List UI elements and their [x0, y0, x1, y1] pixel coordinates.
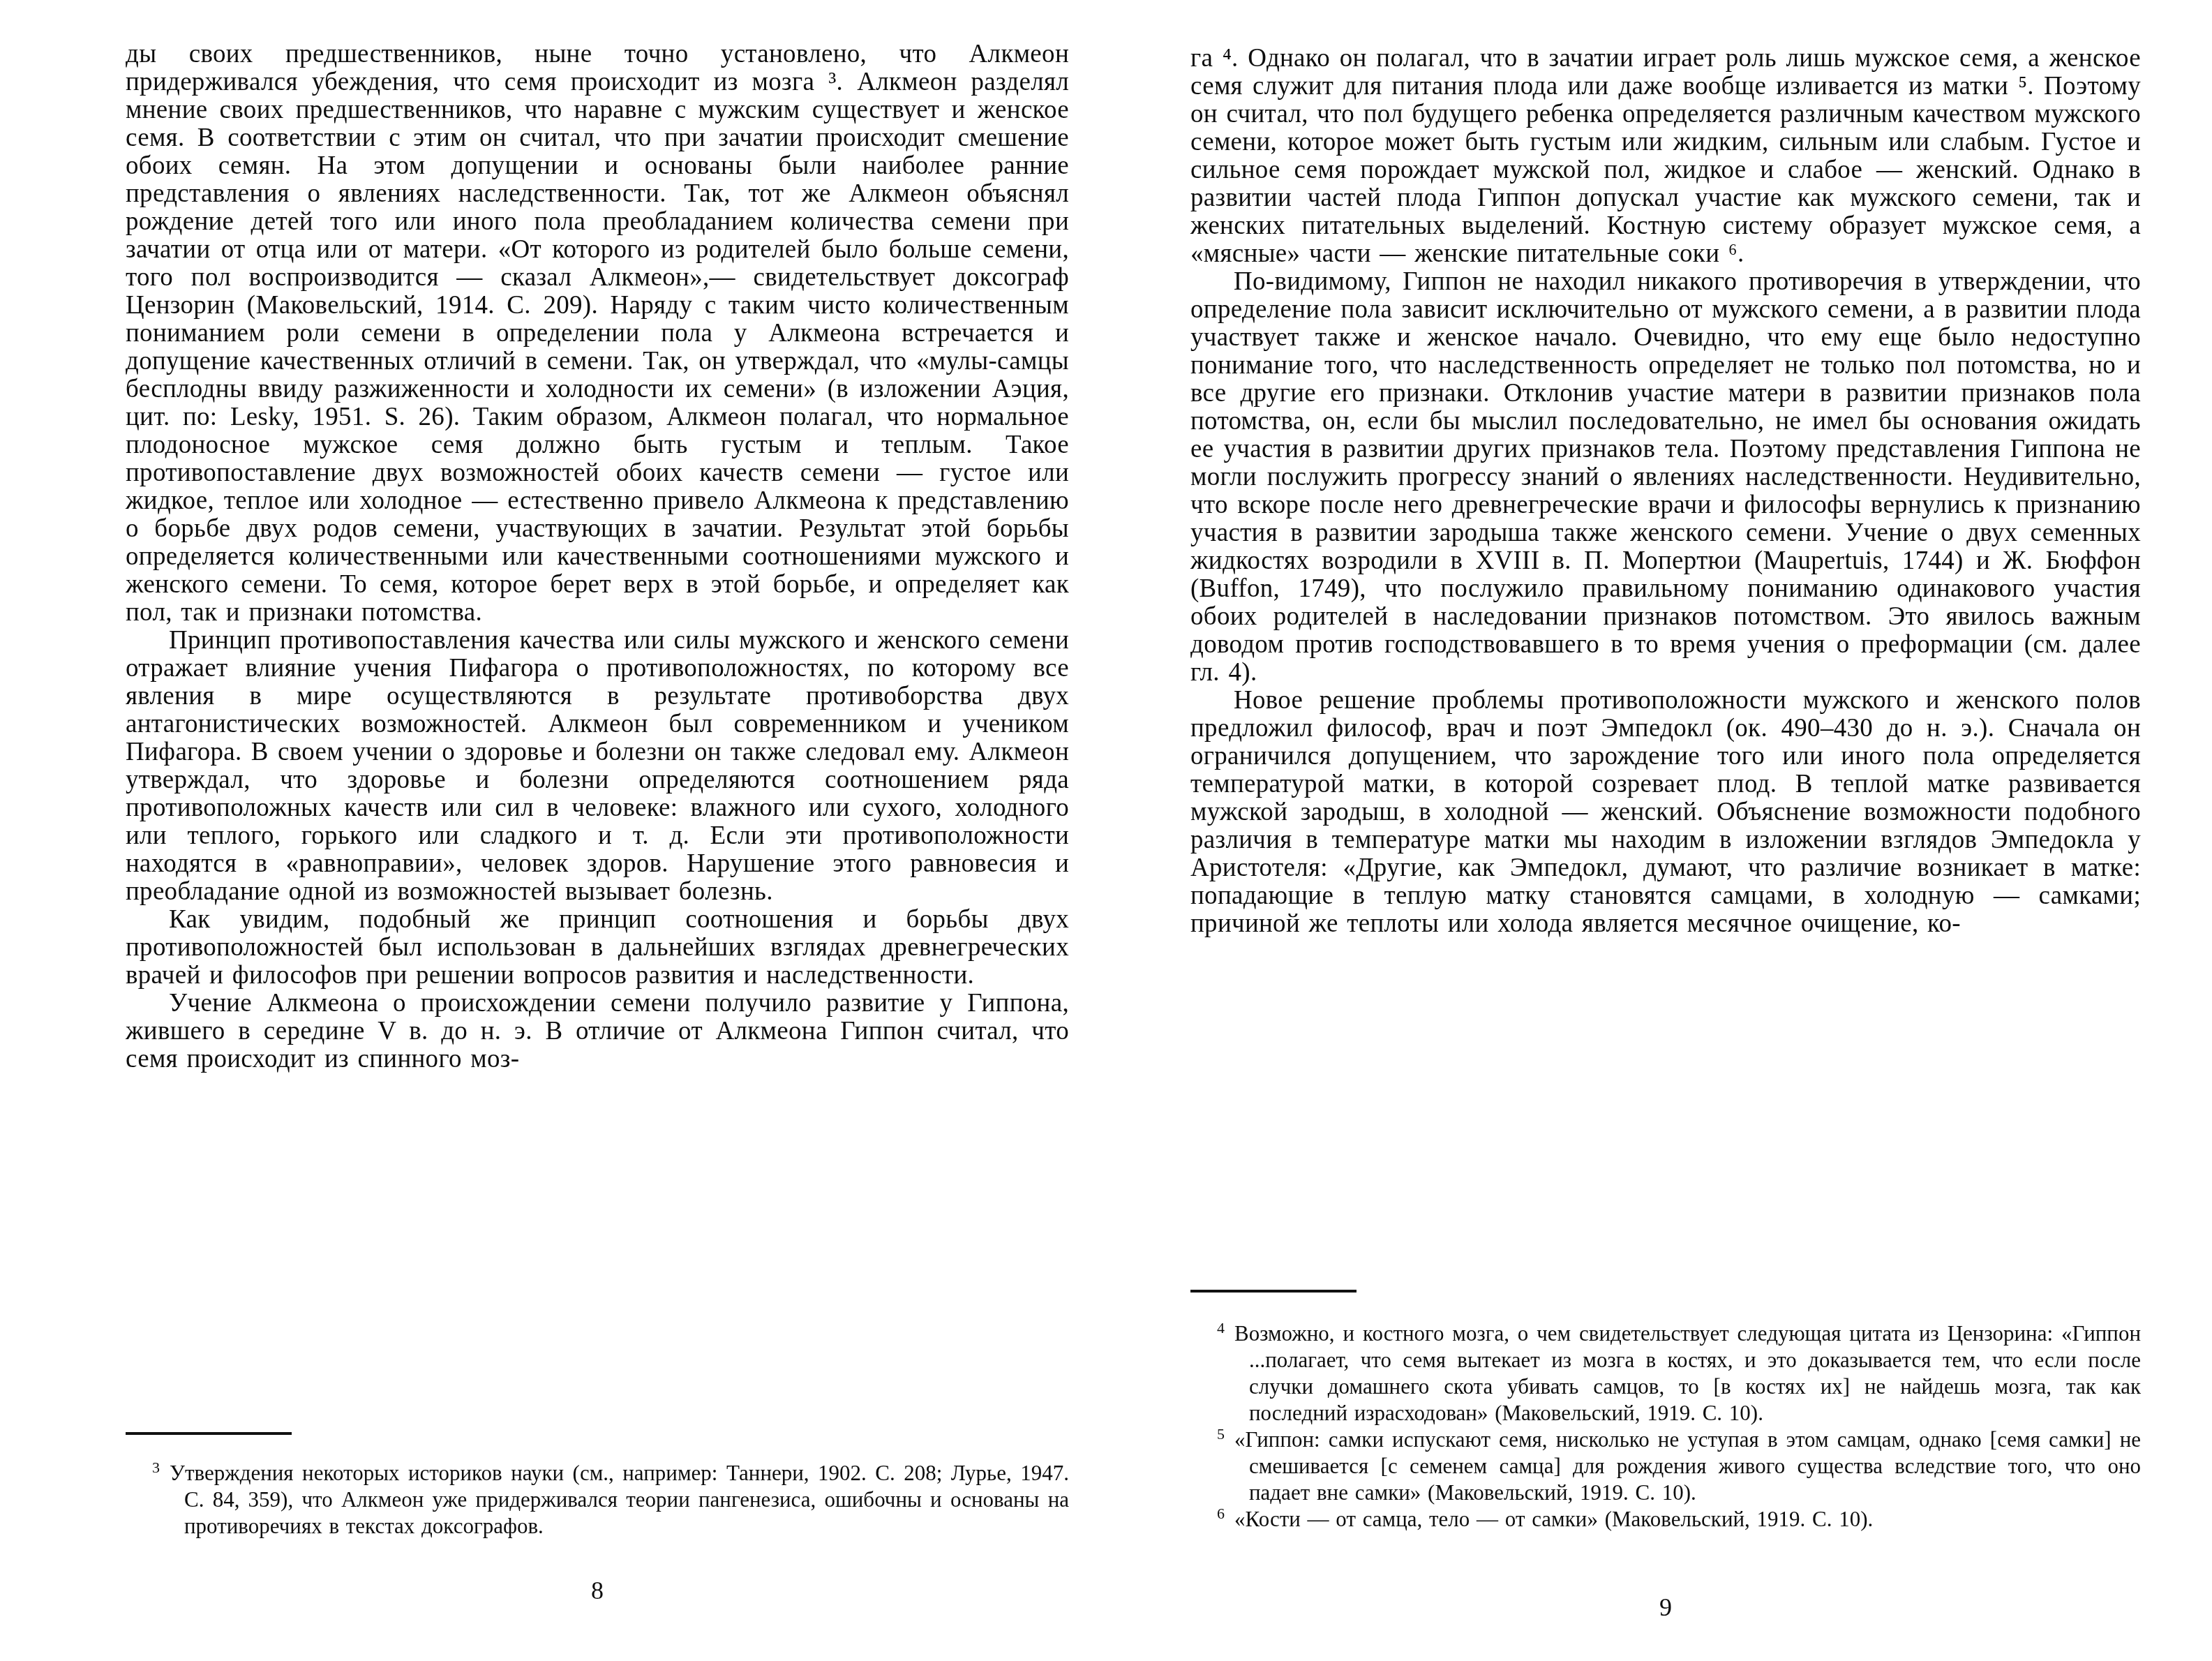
- paragraph: га ⁴. Однако он полагал, что в зачатии и…: [1190, 45, 2141, 268]
- page-left-footnotes: 3Утверждения некоторых историков науки (…: [126, 1460, 1069, 1540]
- footnote-text: «Кости — от самца, тело — от самки» (Мак…: [1234, 1507, 1873, 1531]
- footnote: 3Утверждения некоторых историков науки (…: [126, 1460, 1069, 1540]
- book-spread: ды своих предшественников, ныне точно ус…: [0, 0, 2212, 1661]
- page-number-left: 8: [126, 1576, 1069, 1605]
- footnote-marker: 5: [1217, 1425, 1225, 1443]
- footnote-divider: [126, 1432, 292, 1435]
- footnote: 5«Гиппон: самки испускают семя, нискольк…: [1190, 1427, 2141, 1506]
- page-left: ды своих предшественников, ныне точно ус…: [126, 0, 1069, 1661]
- paragraph: По-видимому, Гиппон не находил никакого …: [1190, 268, 2141, 687]
- paragraph: Принцип противопоставления качества или …: [126, 627, 1069, 906]
- footnote: 4Возможно, и костного мозга, о чем свиде…: [1190, 1320, 2141, 1427]
- paragraph: ды своих предшественников, ныне точно ус…: [126, 40, 1069, 627]
- footnote-text: Утверждения некоторых историков науки (с…: [170, 1461, 1069, 1538]
- footnote-marker: 4: [1217, 1319, 1225, 1336]
- page-right-footnotes: 4Возможно, и костного мозга, о чем свиде…: [1190, 1320, 2141, 1533]
- page-left-body: ды своих предшественников, ныне точно ус…: [126, 40, 1069, 1073]
- paragraph: Новое решение проблемы противоположности…: [1190, 687, 2141, 938]
- footnote-divider: [1190, 1290, 1357, 1293]
- footnote-text: Возможно, и костного мозга, о чем свидет…: [1234, 1321, 2141, 1425]
- page-right: га ⁴. Однако он полагал, что в зачатии и…: [1190, 0, 2141, 1661]
- footnote: 6«Кости — от самца, тело — от самки» (Ма…: [1190, 1506, 2141, 1533]
- page-right-body: га ⁴. Однако он полагал, что в зачатии и…: [1190, 45, 2141, 938]
- footnote-marker: 6: [1217, 1505, 1225, 1522]
- paragraph: Учение Алкмеона о происхождении семени п…: [126, 990, 1069, 1073]
- footnote-marker: 3: [152, 1459, 160, 1476]
- footnote-text: «Гиппон: самки испускают семя, нисколько…: [1234, 1427, 2141, 1505]
- page-number-right: 9: [1190, 1593, 2141, 1622]
- paragraph: Как увидим, подобный же принцип соотноше…: [126, 906, 1069, 990]
